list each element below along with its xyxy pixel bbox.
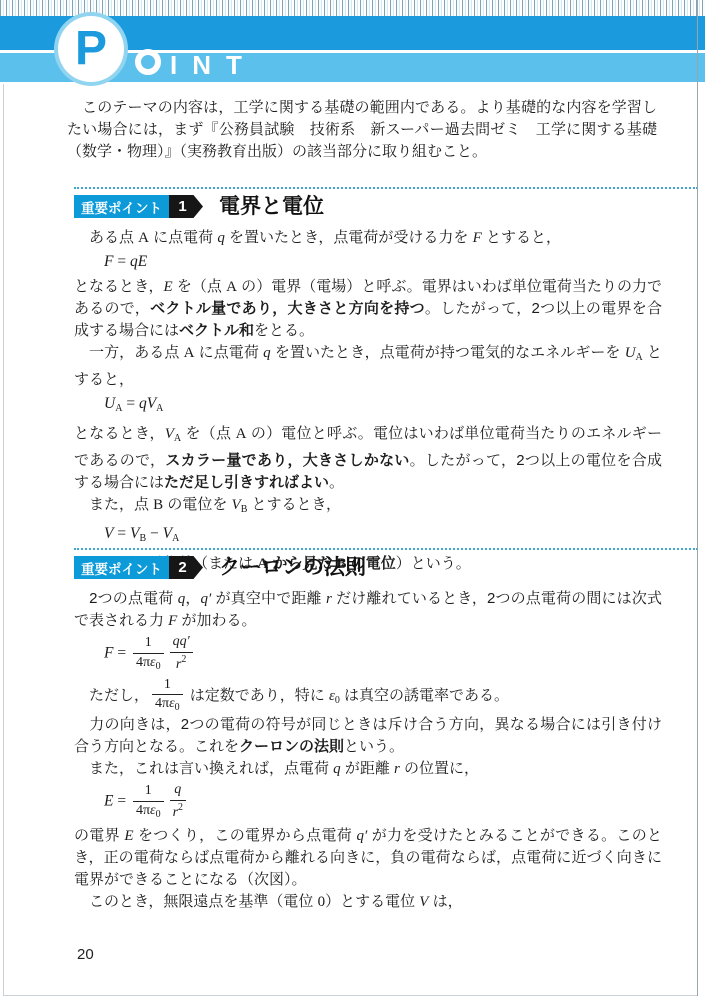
section-2-title: クーロンの法則 xyxy=(219,556,366,579)
text-run: という。 xyxy=(344,738,404,755)
logo-p-circle: P xyxy=(58,16,124,82)
text-run: が真空中で距離 xyxy=(211,590,326,607)
text-run: に点電荷 xyxy=(149,229,217,246)
text-run: は， xyxy=(428,893,462,910)
text-run: = xyxy=(122,395,139,412)
text-run: 4π xyxy=(155,696,169,711)
text-run: クーロンの法則 xyxy=(239,738,344,755)
text-run: A xyxy=(138,230,149,246)
text-run: q xyxy=(217,230,225,246)
paragraph: 力の向きは，2つの電荷の符号が同じときは斥け合う方向，異なる場合には引き付け合う… xyxy=(74,714,662,758)
text-run: は定数であり，特に xyxy=(186,687,329,704)
fraction: qr2 xyxy=(170,782,186,822)
paragraph: 一方，ある点 A に点電荷 q を置いたとき，点電荷が持つ電気的なエネルギーを … xyxy=(74,342,662,391)
text-run: とすると， xyxy=(482,229,561,246)
text-run: 4π xyxy=(136,803,150,818)
text-run: qE xyxy=(130,253,147,270)
text-run: に点電荷 xyxy=(194,344,263,361)
text-run: qq′ xyxy=(173,634,190,649)
text-run: このテーマの内容は，工学に関する基礎の範囲内である。より基礎的な内容を学習したい… xyxy=(67,99,657,160)
text-run: の電界 xyxy=(74,827,124,844)
text-run: A xyxy=(156,403,163,414)
text-run: また，点 xyxy=(74,496,153,513)
text-run: = xyxy=(113,253,130,270)
text-run: = xyxy=(113,644,130,661)
badge-number: 2 xyxy=(169,556,203,579)
page-edge-left xyxy=(3,84,4,996)
important-point-badge: 重要ポイント 2 xyxy=(74,556,203,579)
text-run: U xyxy=(625,345,636,361)
page-number: 20 xyxy=(77,946,94,963)
text-run: = xyxy=(113,793,130,810)
important-point-badge: 重要ポイント 1 xyxy=(74,195,203,218)
formula: F = qE xyxy=(104,251,662,273)
stripe-pattern xyxy=(0,0,705,16)
paragraph: 2つの点電荷 q，q′ が真空中で距離 r だけ離れているとき，2つの点電荷の間… xyxy=(74,588,662,632)
fraction: 14πε0 xyxy=(133,635,164,673)
fraction: qq′r2 xyxy=(170,634,193,674)
text-run: ベクトル和 xyxy=(179,322,254,339)
text-run: このとき，無限遠点を基準（電位 xyxy=(74,893,318,910)
text-run: A xyxy=(184,345,195,361)
text-run: A xyxy=(236,426,247,442)
logo-letter-o-ring xyxy=(135,49,161,75)
text-run: ある点 xyxy=(74,229,138,246)
section-1-title: 電界と電位 xyxy=(219,195,324,218)
text-run: E xyxy=(164,279,173,295)
text-run: B xyxy=(153,497,163,513)
book-page: P INT このテーマの内容は，工学に関する基礎の範囲内である。より基礎的な内容… xyxy=(0,0,705,1000)
text-run: 4π xyxy=(136,655,150,670)
page-edge-bottom xyxy=(3,995,697,996)
paragraph: となるとき，VA を（点 A の）電位と呼ぶ。電位はいわば単位電荷当たりのエネル… xyxy=(74,423,662,494)
text-run: 0 xyxy=(175,702,180,713)
text-run: を（点 xyxy=(173,278,226,295)
text-run: 2 xyxy=(181,654,186,665)
section-1-body: ある点 A に点電荷 q を置いたとき，点電荷が受ける力を F とすると，F =… xyxy=(74,227,662,575)
text-run: 0 xyxy=(318,894,326,910)
formula: UA = qVA xyxy=(104,393,662,420)
section-2-body: 2つの点電荷 q，q′ が真空中で距離 r だけ離れているとき，2つの点電荷の間… xyxy=(74,588,662,913)
text-run: は真空の誘電率である。 xyxy=(340,687,509,704)
text-run: ）とする電位 xyxy=(325,893,419,910)
text-run: となるとき， xyxy=(74,425,165,442)
text-run: となるとき， xyxy=(74,278,164,295)
formula: F = 14πε0qq′r2 xyxy=(104,634,662,674)
text-run: q xyxy=(333,761,341,777)
text-run: をつくり，この電界から点電荷 xyxy=(134,827,357,844)
text-run: ただし， xyxy=(74,687,149,704)
text-run: を置いたとき，点電荷が受ける力を xyxy=(225,229,473,246)
logo-letter-p: P xyxy=(75,25,107,73)
text-run: ただ足し引きすればよい xyxy=(164,474,329,491)
dotted-divider xyxy=(74,187,698,189)
text-run: 2つの点電荷 xyxy=(74,590,178,607)
text-run: q′ xyxy=(201,591,212,607)
text-run: 1 xyxy=(145,635,152,650)
text-run: A xyxy=(226,279,237,295)
text-run: q′ xyxy=(357,828,368,844)
text-run: スカラー量であり，大きさしかない xyxy=(165,452,409,469)
text-run: を置いたとき，点電荷が持つ電気的なエネルギーを xyxy=(271,344,625,361)
section-2-header: 重要ポイント 2 クーロンの法則 xyxy=(74,556,698,579)
text-run: 2 xyxy=(178,802,183,813)
text-run: また，これは言い換えれば，点電荷 xyxy=(74,760,333,777)
intro-paragraph: このテーマの内容は，工学に関する基礎の範囲内である。より基礎的な内容を学習したい… xyxy=(67,97,657,163)
text-run: V xyxy=(163,525,172,542)
text-run: 一方，ある点 xyxy=(74,344,184,361)
section-1: 重要ポイント 1 電界と電位 ある点 A に点電荷 q を置いたとき，点電荷が受… xyxy=(74,187,698,575)
text-run: 0 xyxy=(156,809,161,820)
section-1-header: 重要ポイント 1 電界と電位 xyxy=(74,195,698,218)
text-run: q xyxy=(263,345,271,361)
formula: E = 14πε0qr2 xyxy=(104,782,662,822)
text-run: ， xyxy=(185,590,200,607)
text-run: の位置に， xyxy=(400,760,479,777)
text-run: = xyxy=(113,525,130,542)
text-run: qV xyxy=(139,395,156,412)
text-run: q xyxy=(174,782,181,797)
paragraph: このとき，無限遠点を基準（電位 0）とする電位 V は， xyxy=(74,891,662,913)
paragraph: ある点 A に点電荷 q を置いたとき，点電荷が受ける力を F とすると， xyxy=(74,227,662,249)
paragraph: また，これは言い換えれば，点電荷 q が距離 r の位置に， xyxy=(74,758,662,780)
formula: V = VB − VA xyxy=(104,523,662,550)
text-run: 。 xyxy=(329,474,344,491)
paragraph: となるとき，E を（点 A の）電界（電場）と呼ぶ。電界はいわば単位電荷当たりの… xyxy=(74,276,662,342)
paragraph: の電界 E をつくり，この電界から点電荷 q′ が力を受けたとみることができる。… xyxy=(74,825,662,891)
text-run: U xyxy=(104,395,115,412)
text-run: とするとき， xyxy=(247,496,341,513)
text-run: A xyxy=(172,533,179,544)
text-run: を（点 xyxy=(181,425,235,442)
badge-label: 重要ポイント xyxy=(74,556,169,579)
section-2: 重要ポイント 2 クーロンの法則 2つの点電荷 q，q′ が真空中で距離 r だ… xyxy=(74,548,698,913)
text-run: F xyxy=(168,613,177,629)
logo-letters-int: INT xyxy=(170,52,257,78)
badge-number: 1 xyxy=(169,195,203,218)
text-run: ベクトル量であり，大きさと方向を持つ xyxy=(150,300,425,317)
text-run: をとる。 xyxy=(254,322,314,339)
fraction: 14πε0 xyxy=(133,783,164,821)
fraction: 14πε0 xyxy=(152,677,183,715)
text-run: 1 xyxy=(145,783,152,798)
text-run: が距離 xyxy=(341,760,394,777)
page-edge-right xyxy=(697,0,698,996)
text-run: V xyxy=(232,497,241,513)
badge-label: 重要ポイント xyxy=(74,195,169,218)
dotted-divider xyxy=(74,548,698,550)
text-run: E xyxy=(124,828,133,844)
paragraph: ただし，14πε0 は定数であり，特に ε0 は真空の誘電率である。 xyxy=(74,677,662,715)
text-run: の電位を xyxy=(163,496,231,513)
text-run: F xyxy=(473,230,482,246)
text-run: V xyxy=(165,426,174,442)
text-run: − xyxy=(146,525,163,542)
text-run: が加わる。 xyxy=(177,612,256,629)
paragraph: また，点 B の電位を VB とするとき， xyxy=(74,494,662,521)
text-run: A xyxy=(636,352,643,363)
text-run: 0 xyxy=(156,661,161,672)
text-run: 1 xyxy=(164,677,171,692)
point-header: P INT xyxy=(0,0,705,84)
